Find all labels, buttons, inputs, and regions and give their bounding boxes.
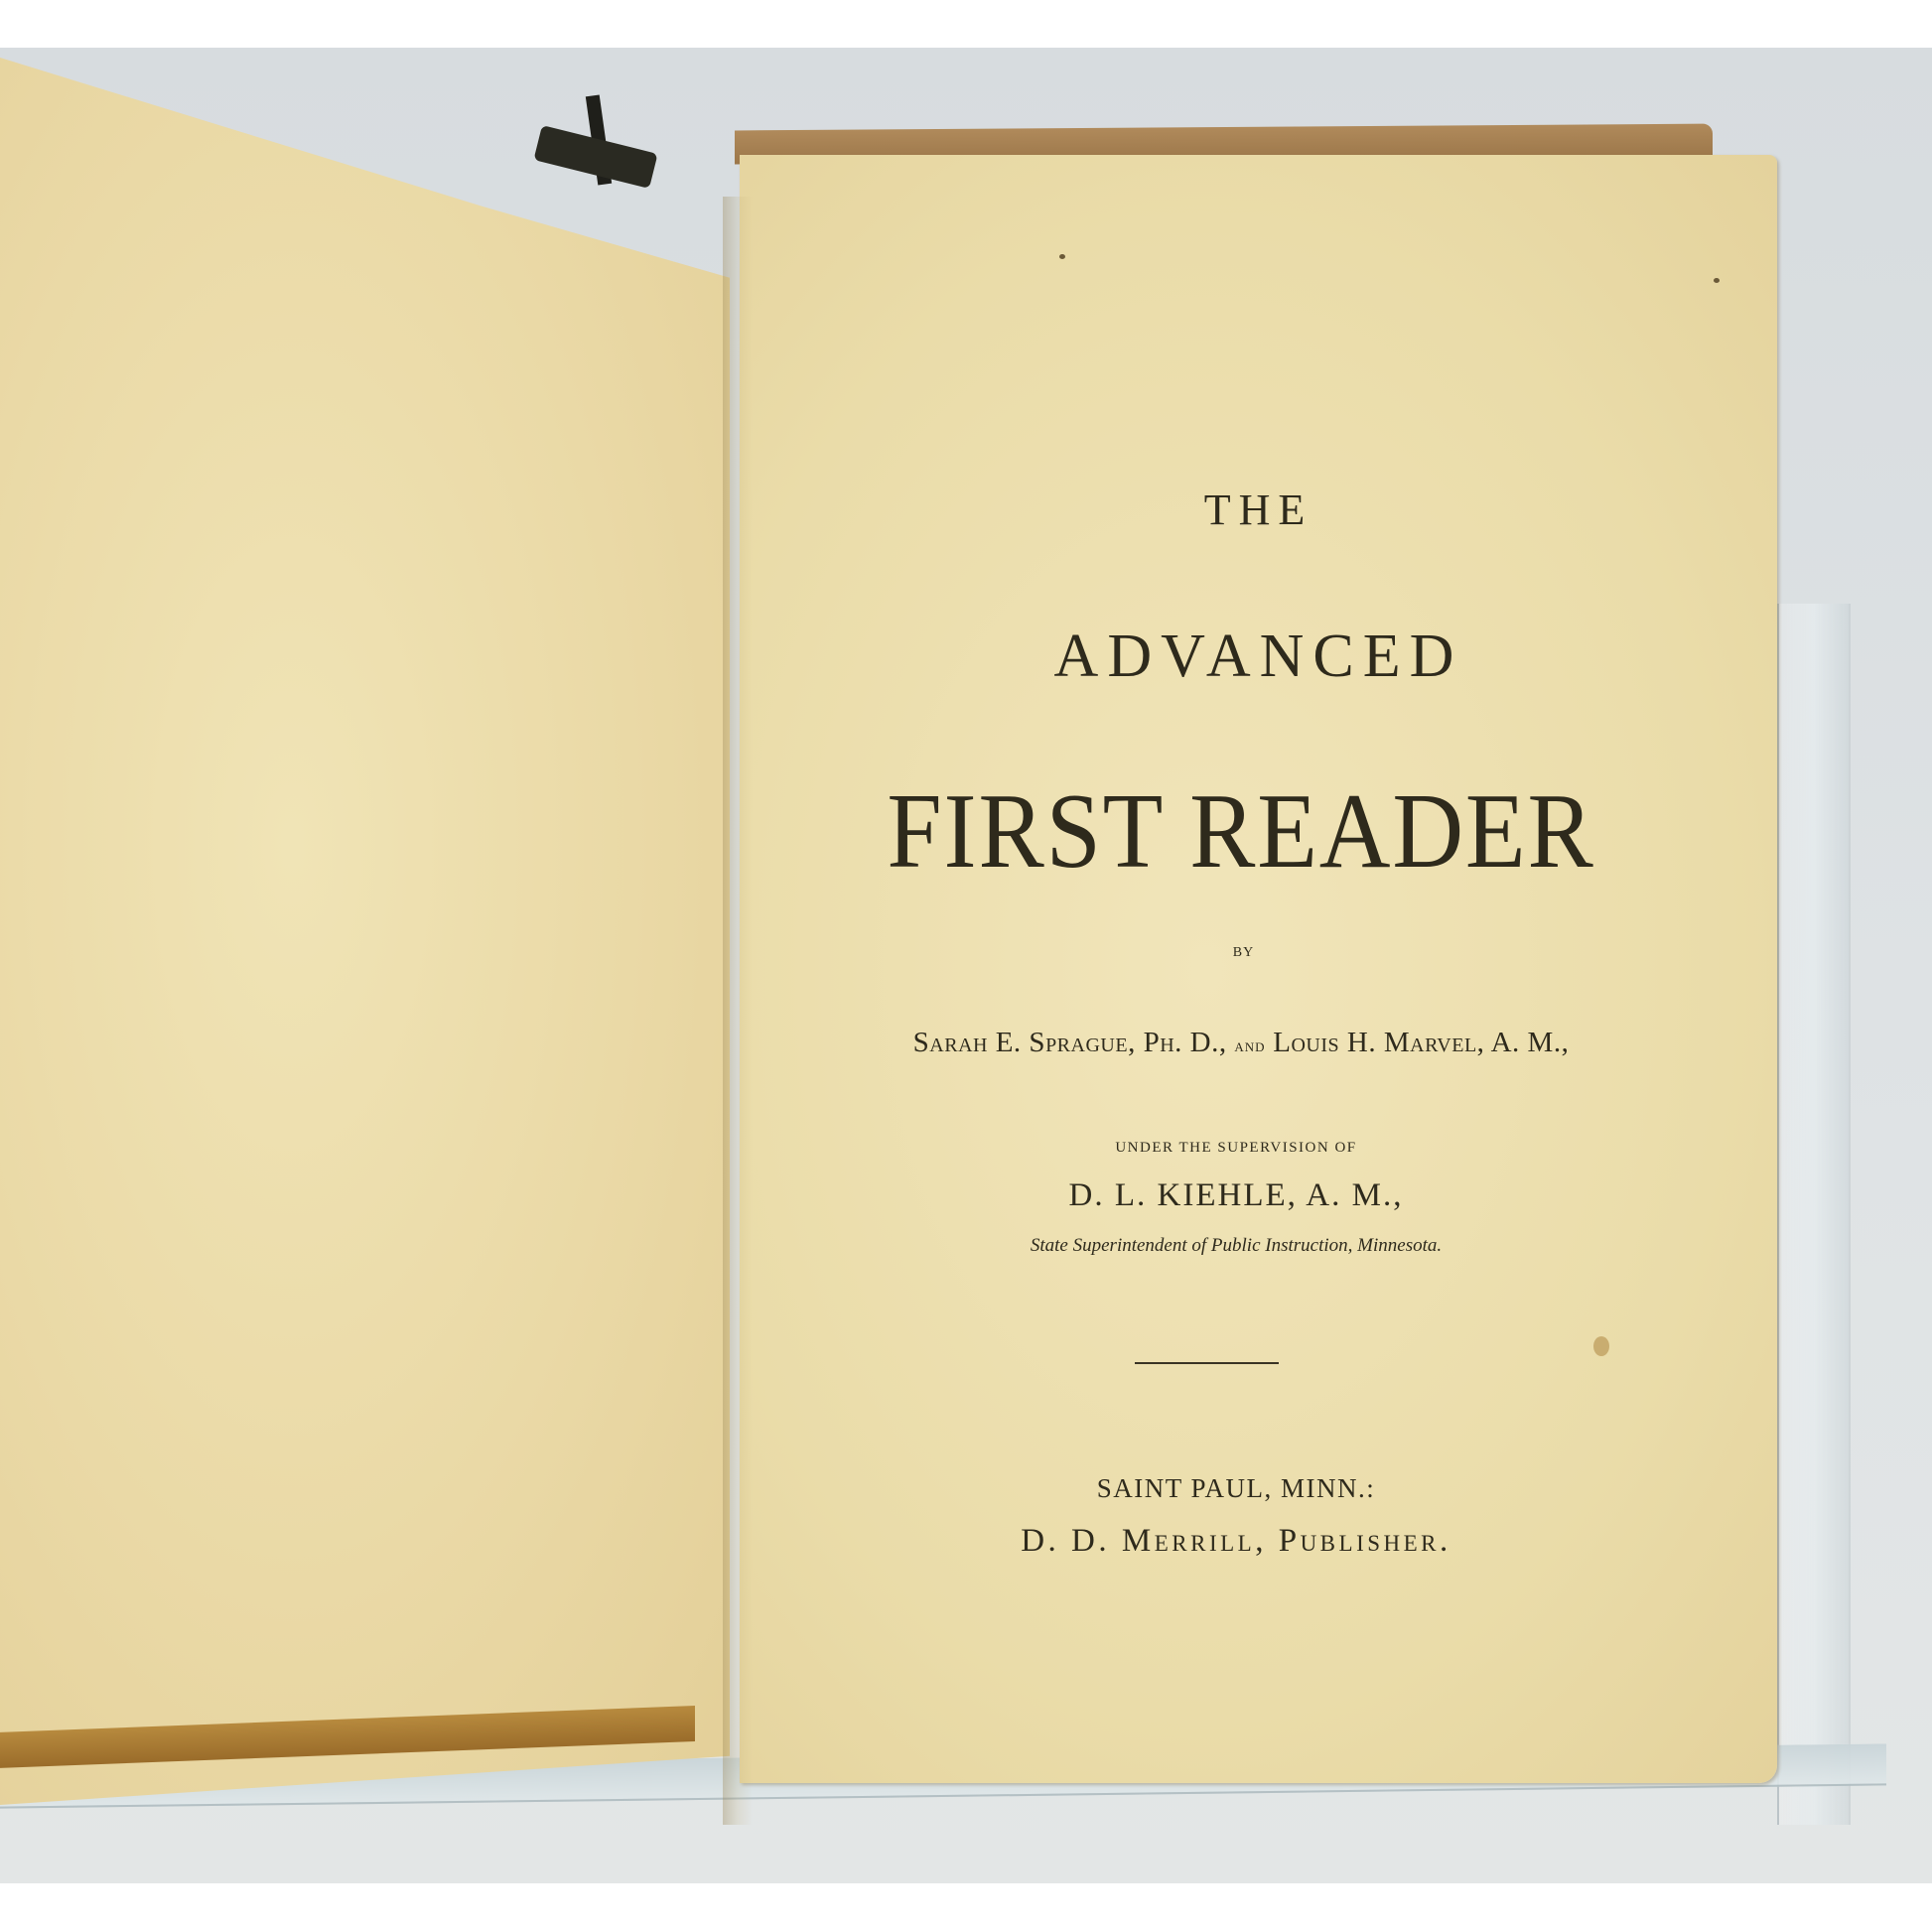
paper-speck [1714, 278, 1720, 283]
author-2: Louis H. Marvel, A. M., [1273, 1027, 1569, 1058]
by-line: BY [710, 945, 1777, 961]
authors-line: Sarah E. Sprague, Ph. D., and Louis H. M… [705, 1027, 1777, 1059]
title-page: THE ADVANCED FIRST READER BY Sarah E. Sp… [740, 155, 1777, 1783]
supervision-label: UNDER THE SUPERVISION OF [695, 1140, 1777, 1157]
title-line-1: ADVANCED [740, 621, 1777, 692]
book-gutter-shadow [723, 197, 753, 1825]
publisher-line: D. D. Merrill, Publisher. [695, 1523, 1777, 1560]
author-conjunction: and [1234, 1035, 1265, 1055]
supervisor-name: D. L. KIEHLE, A. M., [695, 1177, 1777, 1214]
acrylic-stand-back [1777, 604, 1851, 1825]
book-photo: THE ADVANCED FIRST READER BY Sarah E. Sp… [0, 48, 1932, 1883]
title-line-2: FIRST READER [748, 770, 1734, 894]
paper-speck [1059, 254, 1065, 259]
publication-place: SAINT PAUL, MINN.: [695, 1473, 1777, 1504]
left-page-blank [0, 58, 730, 1805]
pre-title: THE [740, 484, 1777, 535]
author-1: Sarah E. Sprague, Ph. D., [913, 1027, 1227, 1058]
title-page-content: THE ADVANCED FIRST READER BY Sarah E. Sp… [740, 155, 1777, 1783]
divider-rule [1135, 1362, 1279, 1364]
foxing-stain [1593, 1336, 1609, 1356]
supervisor-title: State Superintendent of Public Instructi… [695, 1235, 1777, 1257]
